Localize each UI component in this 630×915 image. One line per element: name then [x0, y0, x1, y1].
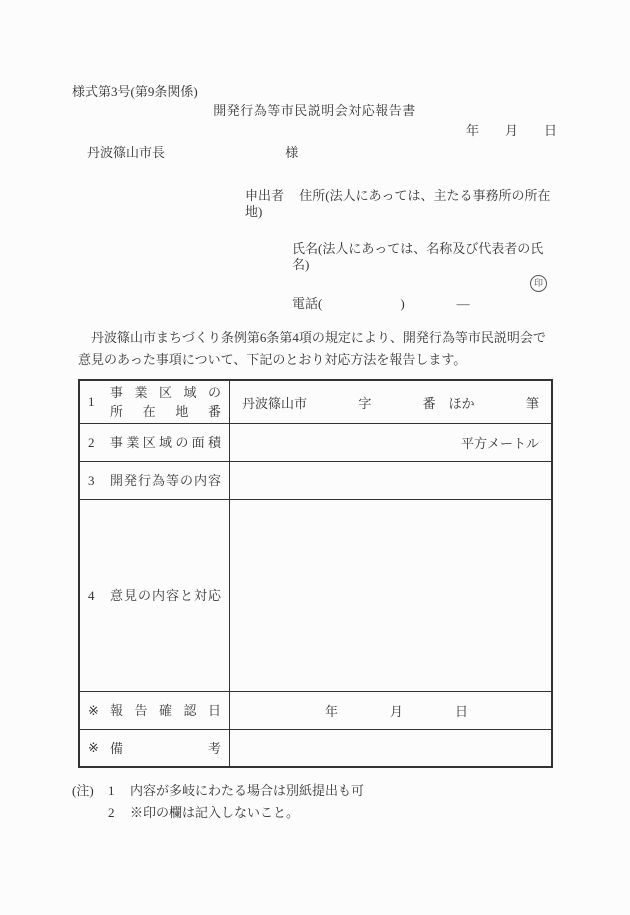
- row-label: 備考: [110, 739, 221, 758]
- note-text: 内容が多岐にわたる場合は別紙提出も可: [130, 780, 557, 802]
- row-label: 事業区域の面積: [110, 433, 221, 452]
- row-label-line: 備考: [110, 739, 221, 758]
- seal-stamp-icon: 印: [530, 275, 547, 292]
- row-label-line: 報告確認日: [110, 701, 221, 720]
- note-item: (注) 1 内容が多岐にわたる場合は別紙提出も可: [72, 780, 557, 802]
- row-asterisk-mark: ※: [88, 703, 110, 719]
- applicant-name-label: 氏名(法人にあっては、名称及び代表者の氏名): [292, 241, 557, 273]
- value-year-month-day: 年 月 日: [325, 701, 468, 720]
- applicant-address-label: 住所(法人にあっては、主たる事務所の所在地): [245, 188, 550, 219]
- row-label: 報告確認日: [110, 701, 221, 720]
- value-cell-site-area: 平方メートル: [230, 424, 551, 461]
- table-row-report-confirm-date: ※ 報告確認日 年 月 日: [80, 692, 551, 730]
- form-table: 1 事業区域の 所在地番 丹波篠山市 字 番 ほか 筆 2 事業区域の面積: [78, 379, 553, 768]
- note-marker-spacer: [72, 802, 108, 824]
- row-number: 4: [88, 588, 110, 604]
- honorific-sama: 様: [285, 145, 298, 160]
- row-label-line-2: 所在地番: [110, 402, 221, 421]
- row-label: 意見の内容と対応: [110, 586, 221, 605]
- note-text: ※印の欄は記入しないこと。: [130, 802, 557, 824]
- label-cell-opinions-response: 4 意見の内容と対応: [80, 500, 230, 691]
- table-row-site-address: 1 事業区域の 所在地番 丹波篠山市 字 番 ほか 筆: [80, 381, 551, 424]
- row-number: 2: [88, 435, 110, 451]
- date-line: 年 月 日: [72, 123, 557, 139]
- notes-section: (注) 1 内容が多岐にわたる場合は別紙提出も可 2 ※印の欄は記入しないこと。: [72, 780, 557, 824]
- addressee-name: 丹波篠山市長: [87, 145, 165, 160]
- row-label: 開発行為等の内容: [110, 471, 221, 490]
- value-aza: 字: [358, 393, 371, 412]
- applicant-line: 申出者 住所(法人にあっては、主たる事務所の所在地): [245, 188, 557, 220]
- row-label: 事業区域の 所在地番: [110, 383, 221, 421]
- seal-line: 印: [72, 274, 557, 293]
- row-label-line: 意見の内容と対応: [110, 586, 221, 605]
- applicant-label: 申出者: [245, 188, 284, 203]
- label-cell-report-confirm-date: ※ 報告確認日: [80, 692, 230, 729]
- row-number: 1: [88, 394, 110, 410]
- form-title: 開発行為等市民説明会対応報告書: [72, 103, 557, 119]
- label-cell-remarks: ※ 備考: [80, 730, 230, 766]
- applicant-phone-line: 電話( ) —: [292, 296, 557, 312]
- value-cell-opinions-response: [230, 500, 551, 691]
- row-number: 3: [88, 473, 110, 489]
- value-square-meters: 平方メートル: [461, 433, 539, 452]
- value-cell-remarks: [230, 730, 551, 766]
- note-number: 2: [108, 802, 130, 824]
- note-number: 1: [108, 780, 130, 802]
- note-item: 2 ※印の欄は記入しないこと。: [72, 802, 557, 824]
- form-number: 様式第3号(第9条関係): [72, 84, 557, 99]
- value-cell-site-address: 丹波篠山市 字 番 ほか 筆: [230, 381, 551, 423]
- value-cell-development-content: [230, 462, 551, 499]
- value-cell-report-confirm-date: 年 月 日: [230, 692, 551, 729]
- label-cell-development-content: 3 開発行為等の内容: [80, 462, 230, 499]
- table-row-site-area: 2 事業区域の面積 平方メートル: [80, 424, 551, 462]
- table-row-opinions-response: 4 意見の内容と対応: [80, 500, 551, 692]
- note-marker: (注): [72, 780, 108, 802]
- body-paragraph: 丹波篠山市まちづくり条例第6条第4項の規定により、開発行為等市民説明会で意見のあ…: [78, 327, 557, 371]
- row-label-line: 事業区域の面積: [110, 433, 221, 452]
- form-page: 様式第3号(第9条関係) 開発行為等市民説明会対応報告書 年 月 日 丹波篠山市…: [0, 0, 630, 915]
- table-row-development-content: 3 開発行為等の内容: [80, 462, 551, 500]
- row-label-line: 開発行為等の内容: [110, 471, 221, 490]
- row-label-line-1: 事業区域の: [110, 383, 221, 402]
- row-asterisk-mark: ※: [88, 740, 110, 756]
- label-cell-site-address: 1 事業区域の 所在地番: [80, 381, 230, 423]
- value-ban-hoka: 番 ほか: [423, 393, 475, 412]
- value-city: 丹波篠山市: [242, 393, 307, 412]
- addressee-line: 丹波篠山市長 様: [87, 145, 557, 161]
- value-hitsu: 筆: [526, 393, 539, 412]
- table-row-remarks: ※ 備考: [80, 730, 551, 766]
- label-cell-site-area: 2 事業区域の面積: [80, 424, 230, 461]
